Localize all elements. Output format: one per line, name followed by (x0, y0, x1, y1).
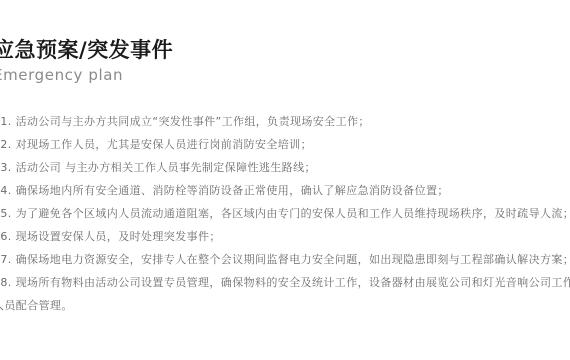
list-item: 04. 确保场地内所有安全通道、消防栓等消防设备正常使用，确认了解应急消防设备位… (0, 179, 570, 202)
list-item: 01. 活动公司与主办方共同成立“突发性事件”工作组，负责现场安全工作； (0, 110, 570, 133)
emergency-plan-list: 01. 活动公司与主办方共同成立“突发性事件”工作组，负责现场安全工作； 02.… (0, 110, 570, 317)
list-item: 02. 对现场工作人员，尤其是安保人员进行岗前消防安全培训； (0, 133, 570, 156)
list-item: 07. 确保场地电力资源安全，安排专人在整个会议期间监督电力安全问题，如出现隐患… (0, 248, 570, 271)
page-title: 应急预案/突发事件 (0, 34, 173, 64)
list-item: 06. 现场设置安保人员，及时处理突发事件； (0, 225, 570, 248)
list-item: 08. 现场所有物料由活动公司设置专员管理，确保物料的安全及统计工作，设备器材由… (0, 271, 570, 294)
list-item: 05. 为了避免各个区域内人员流动通道阻塞，各区域内由专门的安保人员和工作人员维… (0, 202, 570, 225)
page-subtitle: Emergency plan (0, 66, 123, 84)
list-item: 03. 活动公司 与主办方相关工作人员事先制定保障性逃生路线； (0, 156, 570, 179)
list-item-continuation: 人员配合管理。 (0, 294, 570, 317)
